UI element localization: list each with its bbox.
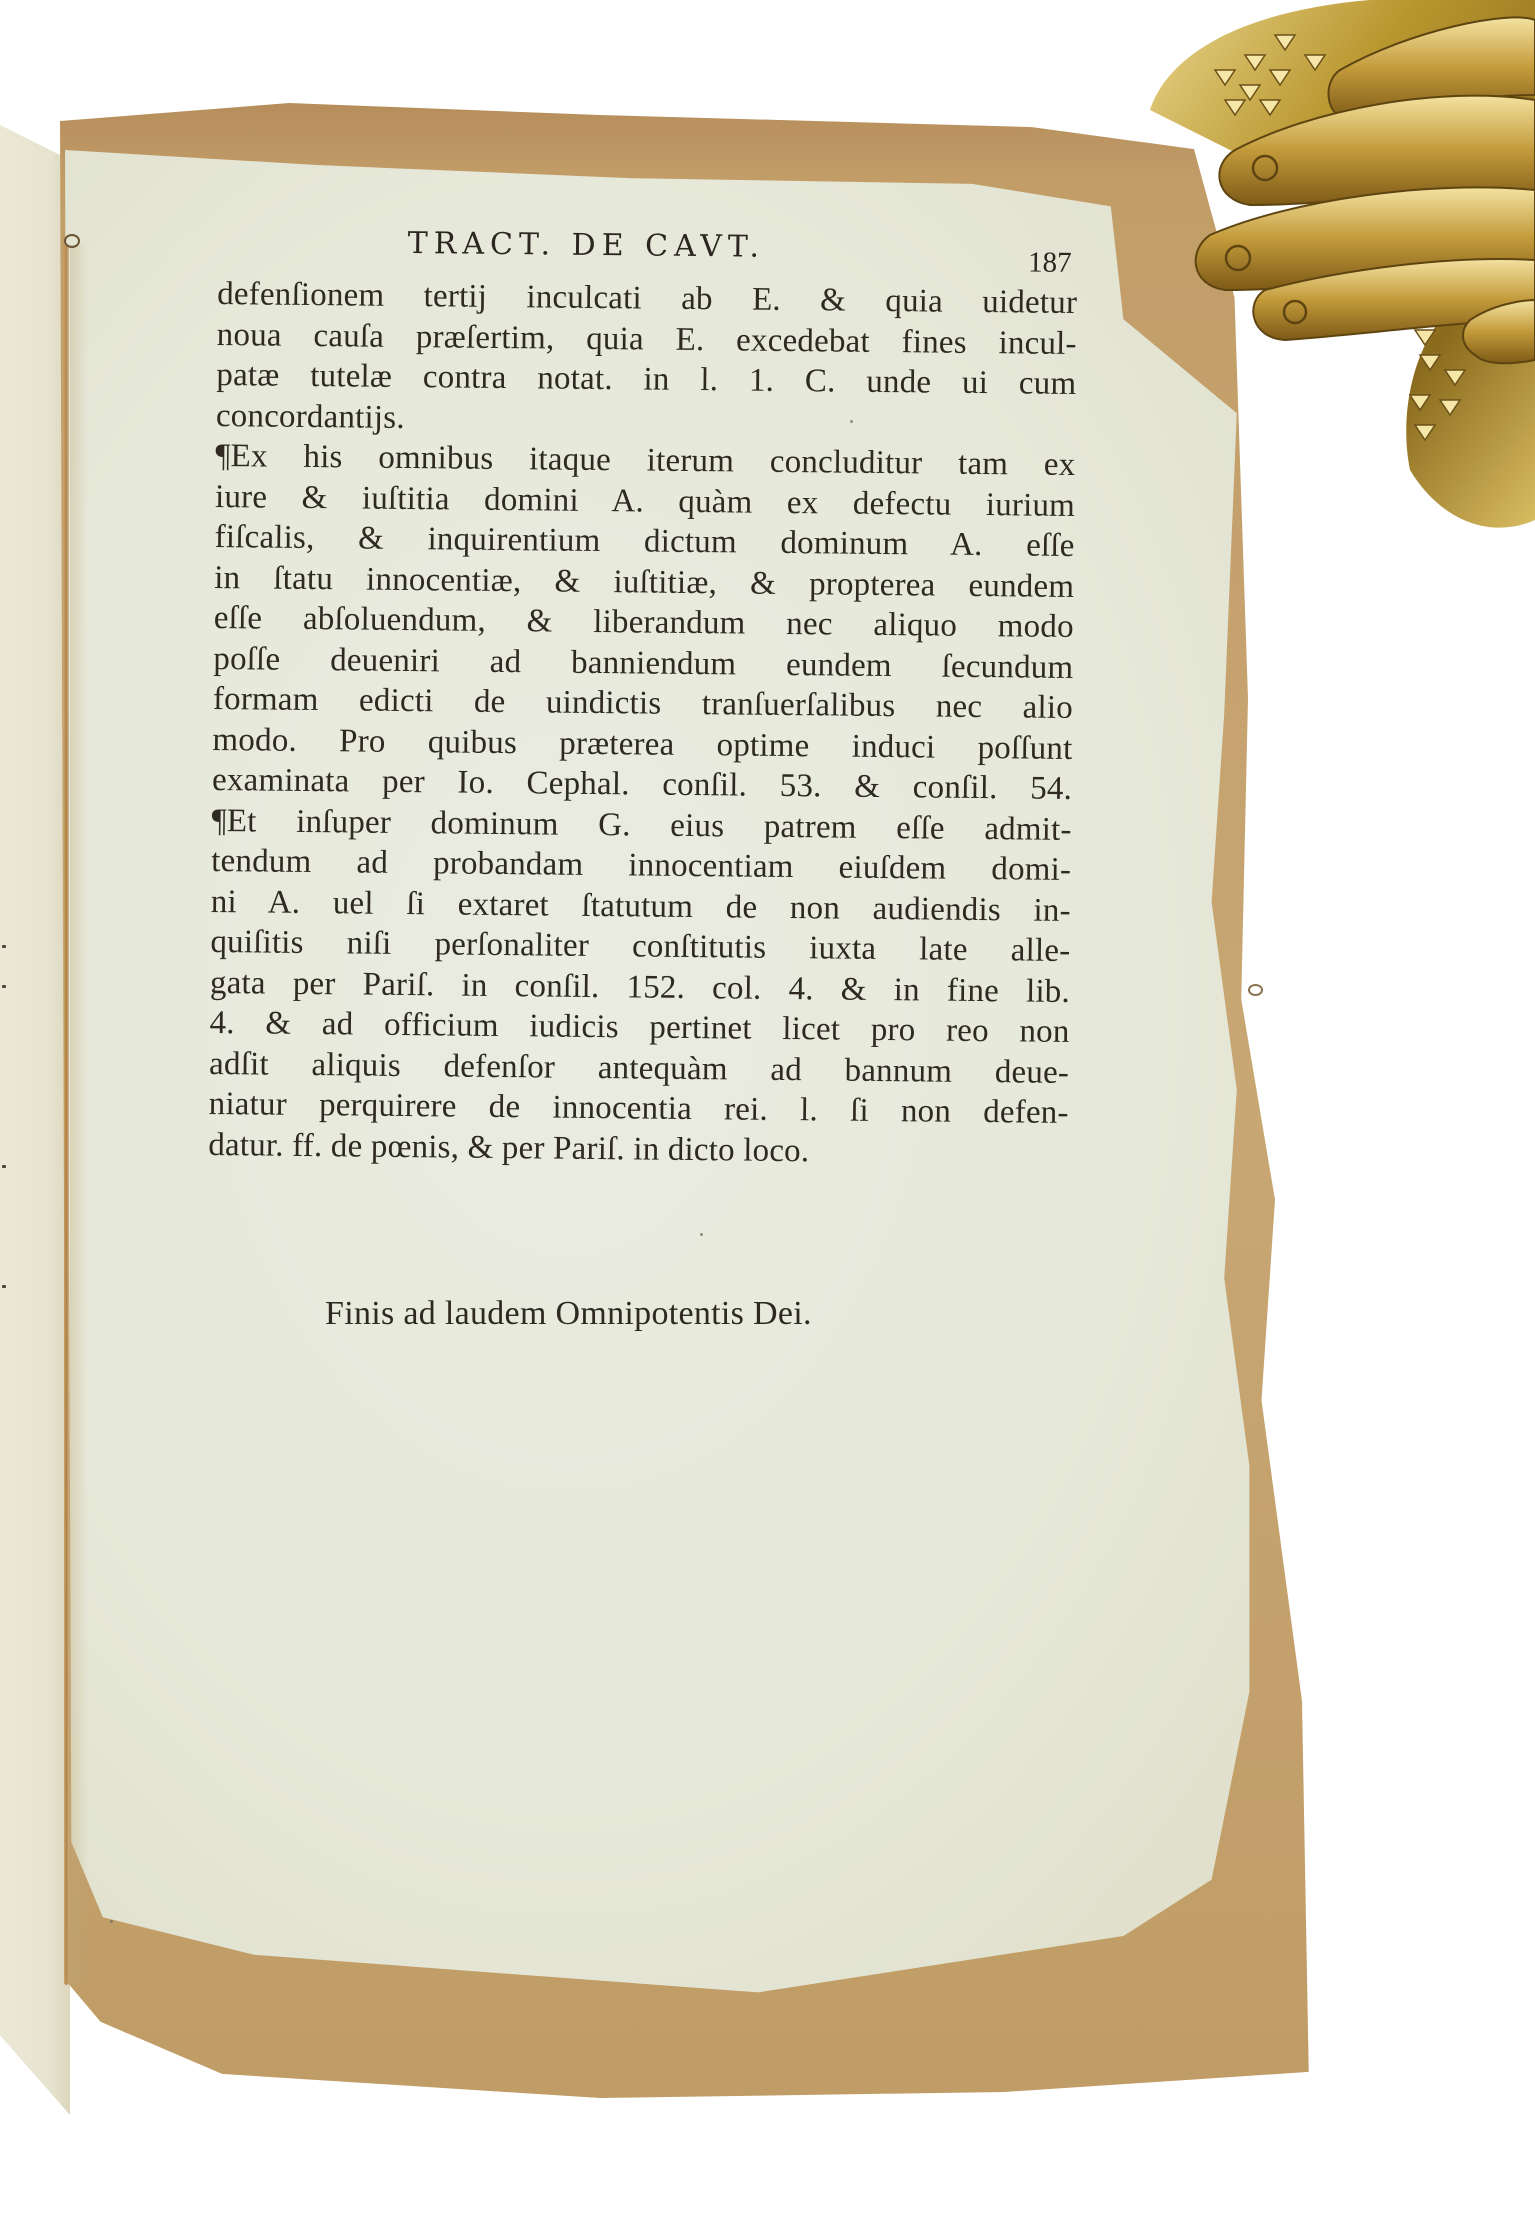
running-title: TRACT. DE CAVT. (408, 226, 766, 265)
page-number: 187 (1028, 246, 1072, 279)
edge-mark (2, 985, 6, 988)
brass-hand-clasp-icon (1110, 0, 1535, 540)
ink-ring-mark-icon (1248, 984, 1263, 996)
paper-speck (110, 1920, 113, 1923)
edge-mark (2, 1165, 6, 1168)
gutter-shadow (70, 245, 88, 1985)
paper-speck (850, 420, 853, 423)
stitch-knot-icon (64, 234, 80, 248)
paper-speck (700, 1233, 703, 1236)
edge-mark (2, 945, 6, 948)
text-block: TRACT. DE CAVT. 187 defenſionem tertij i… (208, 218, 1078, 1174)
binding-thread (64, 245, 69, 1985)
running-head: TRACT. DE CAVT. 187 (217, 218, 1078, 283)
left-facing-page (0, 125, 70, 2115)
colophon: Finis ad laudem Omnipotentis Dei. (325, 1295, 812, 1333)
edge-mark (2, 1285, 6, 1288)
